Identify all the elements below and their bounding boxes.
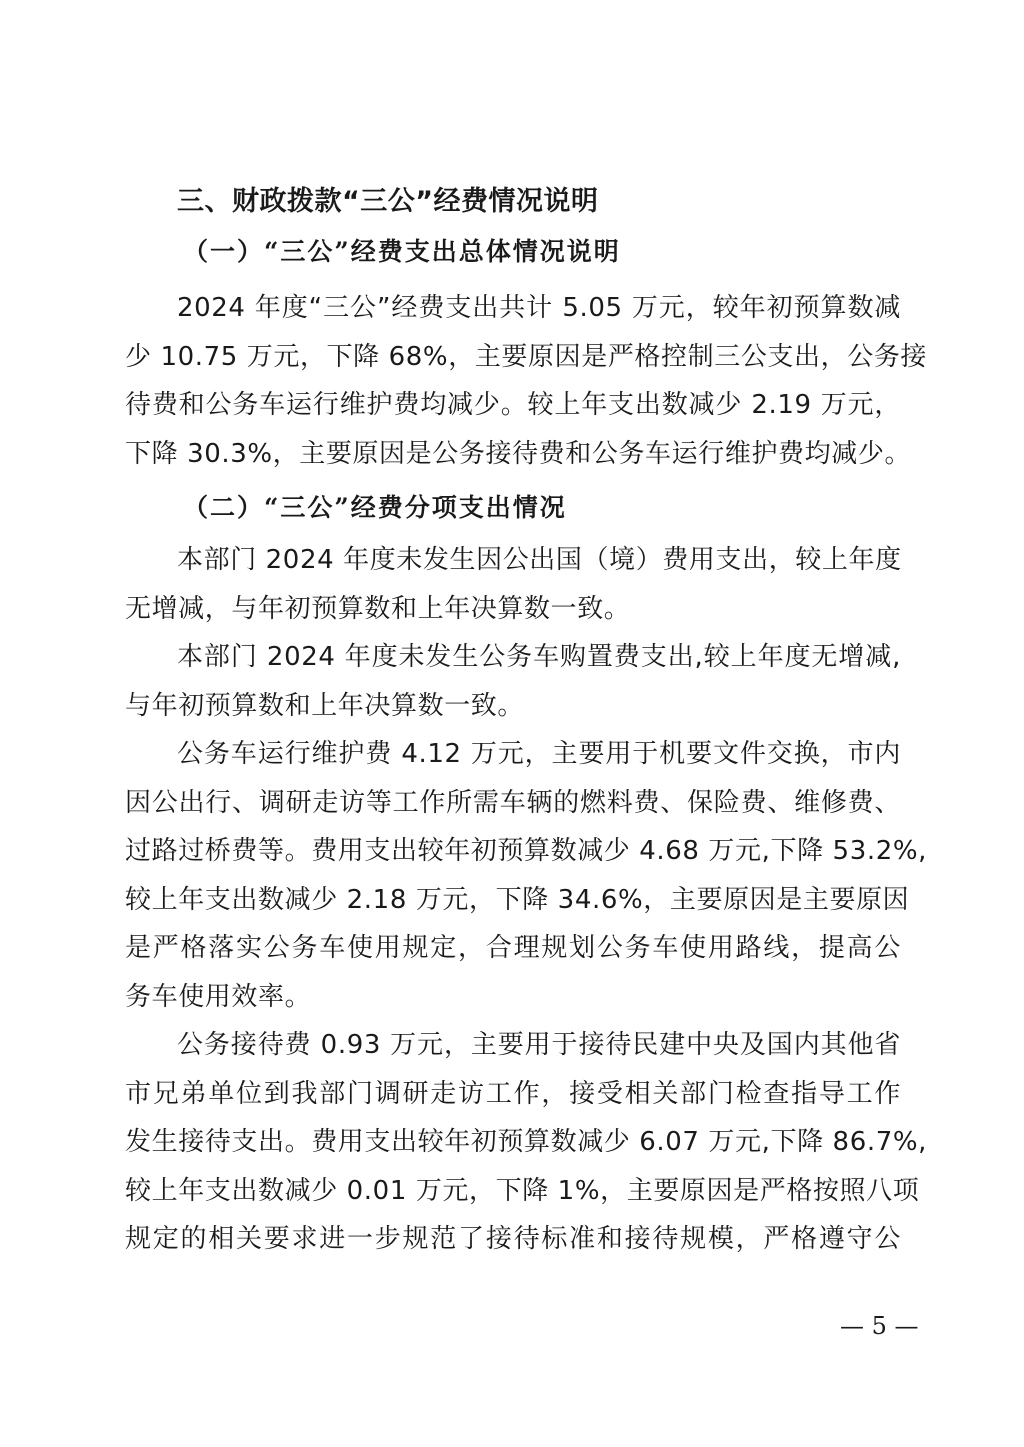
paragraph-overall: 2024 年度“三公”经费支出共计 5.05 万元，较年初预算数减 少 10.7… [125, 284, 901, 478]
text-line: 本部门 2024 年度未发生因公出国（境）费用支出，较上年度 [125, 536, 901, 585]
text-line: 无增减，与年初预算数和上年决算数一致。 [125, 585, 901, 634]
text-line: 公务车运行维护费 4.12 万元，主要用于机要文件交换，市内 [125, 730, 901, 779]
paragraph-vehicle-purchase: 本部门 2024 年度未发生公务车购置费支出,较上年度无增减, 与年初预算数和上… [125, 633, 901, 730]
subsection-title-overall: （一）“三公”经费支出总体情况说明 [183, 232, 621, 272]
section-title: 三、财政拨款“三公”经费情况说明 [177, 182, 599, 222]
text-line: 较上年支出数减少 2.18 万元，下降 34.6%，主要原因是主要原因 [125, 876, 901, 925]
text-line: 过路过桥费等。费用支出较年初预算数减少 4.68 万元,下降 53.2%, [125, 827, 901, 876]
text-line: 务车使用效率。 [125, 973, 901, 1022]
text-line: 下降 30.3%，主要原因是公务接待费和公务车运行维护费均减少。 [125, 430, 901, 479]
text-line: 较上年支出数减少 0.01 万元，下降 1%，主要原因是严格按照八项 [125, 1167, 901, 1216]
subsection-title-itemized: （二）“三公”经费分项支出情况 [183, 488, 567, 528]
text-line: 公务接待费 0.93 万元，主要用于接待民建中央及国内其他省 [125, 1021, 901, 1070]
text-line: 少 10.75 万元，下降 68%，主要原因是严格控制三公支出，公务接 [125, 333, 901, 382]
text-line: 发生接待支出。费用支出较年初预算数减少 6.07 万元,下降 86.7%, [125, 1118, 901, 1167]
text-line: 因公出行、调研走访等工作所需车辆的燃料费、保险费、维修费、 [125, 779, 901, 828]
paragraph-vehicle-maintenance: 公务车运行维护费 4.12 万元，主要用于机要文件交换，市内 因公出行、调研走访… [125, 730, 901, 1021]
page-number: — 5 — [840, 1311, 919, 1341]
text-line: 规定的相关要求进一步规范了接待标准和接待规模，严格遵守公 [125, 1215, 901, 1264]
paragraph-official-reception: 公务接待费 0.93 万元，主要用于接待民建中央及国内其他省 市兄弟单位到我部门… [125, 1021, 901, 1264]
text-line: 是严格落实公务车使用规定，合理规划公务车使用路线，提高公 [125, 924, 901, 973]
text-line: 2024 年度“三公”经费支出共计 5.05 万元，较年初预算数减 [125, 284, 901, 333]
text-line: 本部门 2024 年度未发生公务车购置费支出,较上年度无增减, [125, 633, 901, 682]
text-line: 与年初预算数和上年决算数一致。 [125, 682, 901, 731]
text-line: 待费和公务车运行维护费均减少。较上年支出数减少 2.19 万元， [125, 381, 901, 430]
paragraph-overseas-travel: 本部门 2024 年度未发生因公出国（境）费用支出，较上年度 无增减，与年初预算… [125, 536, 901, 633]
text-line: 市兄弟单位到我部门调研走访工作，接受相关部门检查指导工作 [125, 1070, 901, 1119]
